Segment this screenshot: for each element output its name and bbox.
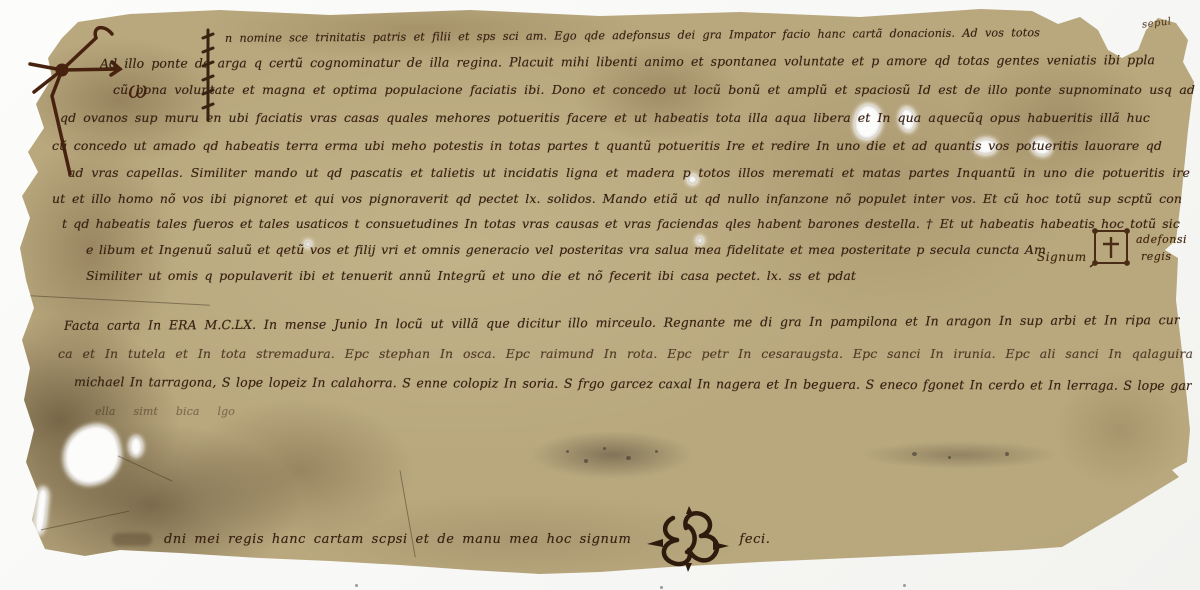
cross-in-square-icon	[1090, 227, 1134, 269]
crease	[30, 295, 210, 305]
dust-speck	[903, 584, 906, 587]
hole	[130, 437, 142, 456]
interlaced-knot-icon	[645, 506, 731, 572]
stain-speck	[912, 452, 917, 456]
stain-speck	[655, 450, 658, 453]
ink-blot	[112, 533, 152, 546]
charter-line-6: ad vras capellas. Similiter mando ut qd …	[68, 163, 1190, 183]
stain-speck	[1005, 452, 1009, 456]
stain-speck	[584, 459, 588, 463]
hole	[58, 421, 126, 489]
charter-line-10: Similiter ut omis q populaverit ibi et t…	[86, 266, 856, 286]
royal-signum-label: Signum	[1037, 250, 1087, 264]
scribe-line: dni mei regis hanc cartam scpsi et de ma…	[112, 506, 770, 572]
stain-speck	[948, 456, 951, 459]
charter-line-7: ut et illo homo nõ vos ibi pignoret et q…	[52, 189, 1182, 209]
charter-line-4: qd ovanos sup muru en ubi faciatis vras …	[60, 108, 1150, 128]
charter-line-3: cũ bona voluntate et magna et optima pop…	[113, 80, 1195, 100]
crease	[118, 455, 173, 481]
royal-signum-name-top: adefonsi	[1136, 233, 1187, 246]
charter-line-14: ella simt bica lgo	[95, 402, 235, 422]
charter-line-9: e libum et Ingenuũ saluũ et qetũ vos et …	[86, 240, 1046, 260]
charter-line-8: t qd habeatis tales fueros et tales usat…	[62, 214, 1180, 234]
charter-line-13: michael In tarragona, S lope lopeiz In c…	[74, 372, 1192, 396]
charter-line-12: ca et In tutela et In tota stremadura. E…	[58, 344, 1193, 364]
scribe-line-text: dni mei regis hanc cartam scpsi et de ma…	[164, 532, 631, 547]
dust-speck	[660, 586, 663, 589]
stain-speck	[626, 456, 631, 460]
photo-of-charter: ω sepul n nomine sce trinitatis patris e…	[0, 0, 1200, 590]
charter-line-5: cũ concedo ut amado qd habeatis terra er…	[52, 136, 1162, 156]
dust-speck	[355, 584, 358, 587]
royal-signum-name-bottom: regis	[1141, 250, 1171, 263]
scribe-line-feci: feci.	[739, 532, 770, 547]
stain-speck	[566, 450, 569, 453]
charter-line-2: Ad illo ponte de arga q certũ cognominat…	[100, 50, 1155, 74]
stain-speck	[603, 447, 606, 450]
